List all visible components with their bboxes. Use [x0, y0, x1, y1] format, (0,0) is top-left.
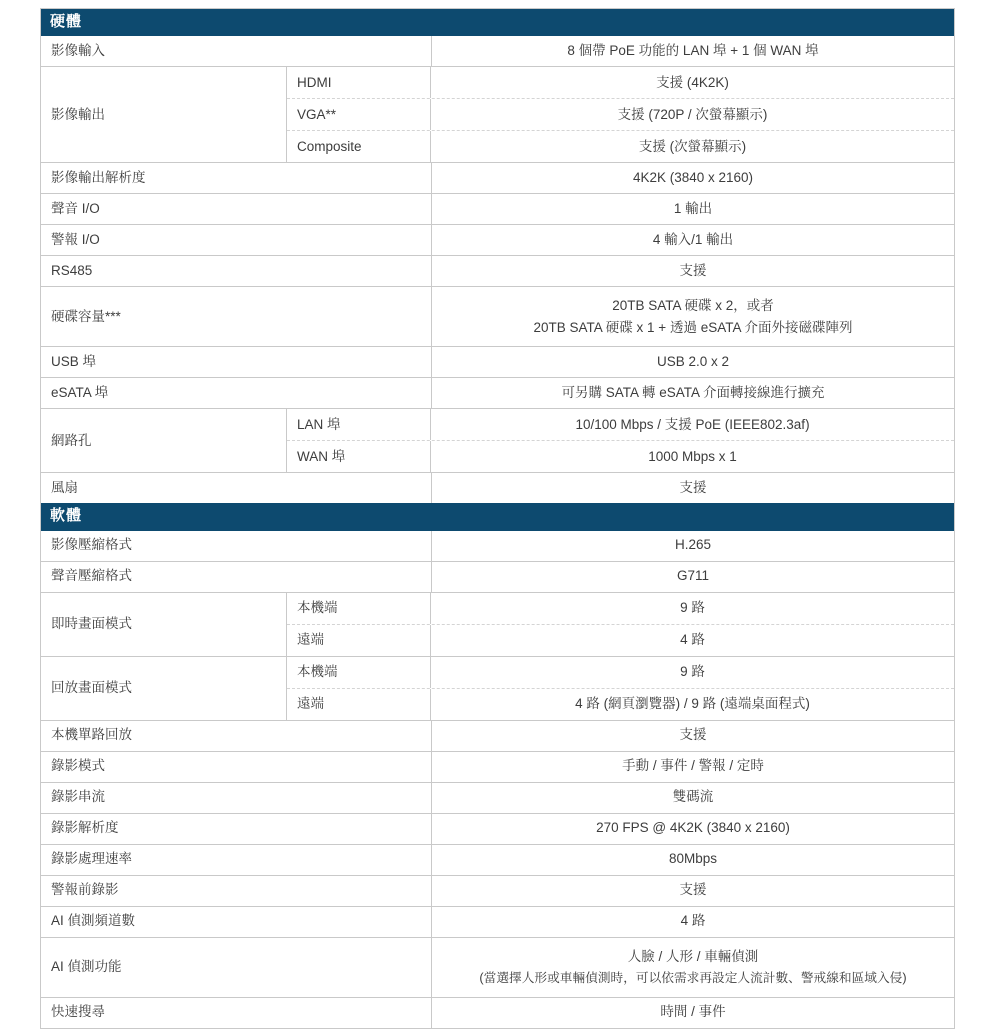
- spec-value-line: 20TB SATA 硬碟 x 2，或者: [440, 295, 946, 317]
- spec-label: 回放畫面模式: [41, 657, 287, 720]
- spec-row: 影像壓縮格式H.265: [41, 531, 954, 561]
- page: 硬體影像輸入8 個帶 PoE 功能的 LAN 埠 + 1 個 WAN 埠影像輸出…: [0, 0, 1000, 1000]
- spec-subrow: VGA**支援 (720P / 次螢幕顯示): [287, 98, 954, 130]
- spec-value: 80Mbps: [432, 845, 954, 875]
- spec-value: 支援: [432, 473, 954, 503]
- spec-table: 硬體影像輸入8 個帶 PoE 功能的 LAN 埠 + 1 個 WAN 埠影像輸出…: [40, 8, 955, 1029]
- spec-value-line: 人臉 / 人形 / 車輛偵測: [440, 946, 946, 968]
- spec-subrow: LAN 埠10/100 Mbps / 支援 PoE (IEEE802.3af): [287, 409, 954, 440]
- spec-subrow: Composite支援 (次螢幕顯示): [287, 130, 954, 162]
- spec-subrow: 遠端4 路: [287, 624, 954, 656]
- spec-subcolumn: LAN 埠10/100 Mbps / 支援 PoE (IEEE802.3af)W…: [287, 409, 954, 472]
- spec-row: 回放畫面模式本機端9 路遠端4 路 (網頁瀏覽器) / 9 路 (遠端桌面程式): [41, 656, 954, 720]
- spec-sub-label: 遠端: [287, 689, 431, 720]
- spec-value: 支援: [432, 256, 954, 286]
- spec-value: 4 路: [432, 907, 954, 937]
- spec-value: 8 個帶 PoE 功能的 LAN 埠 + 1 個 WAN 埠: [432, 36, 954, 66]
- spec-row: 錄影處理速率80Mbps: [41, 844, 954, 875]
- spec-value: 4 路: [431, 625, 954, 656]
- spec-subrow: 遠端4 路 (網頁瀏覽器) / 9 路 (遠端桌面程式): [287, 688, 954, 720]
- spec-sub-label: 本機端: [287, 593, 431, 624]
- spec-label: 硬碟容量***: [41, 287, 432, 346]
- spec-value: H.265: [432, 531, 954, 561]
- spec-label: USB 埠: [41, 347, 432, 377]
- spec-label: 影像輸出: [41, 67, 287, 162]
- spec-label: 錄影串流: [41, 783, 432, 813]
- spec-label: RS485: [41, 256, 432, 286]
- spec-label: 錄影解析度: [41, 814, 432, 844]
- spec-label: 即時畫面模式: [41, 593, 287, 656]
- spec-value: 支援 (次螢幕顯示): [431, 131, 954, 162]
- spec-value: 支援 (720P / 次螢幕顯示): [431, 99, 954, 130]
- spec-row: eSATA 埠可另購 SATA 轉 eSATA 介面轉接線進行擴充: [41, 377, 954, 408]
- spec-row: 警報 I/O4 輸入/1 輸出: [41, 224, 954, 255]
- spec-row: 錄影串流雙碼流: [41, 782, 954, 813]
- spec-label: AI 偵測功能: [41, 938, 432, 997]
- spec-row: AI 偵測頻道數4 路: [41, 906, 954, 937]
- spec-label: 本機單路回放: [41, 721, 432, 751]
- spec-label: 影像輸出解析度: [41, 163, 432, 193]
- spec-value: USB 2.0 x 2: [432, 347, 954, 377]
- spec-value: 4 輸入/1 輸出: [432, 225, 954, 255]
- spec-label: 網路孔: [41, 409, 287, 472]
- section-header: 軟體: [41, 503, 954, 530]
- spec-row: 影像輸出HDMI支援 (4K2K)VGA**支援 (720P / 次螢幕顯示)C…: [41, 66, 954, 162]
- spec-row: 聲音 I/O1 輸出: [41, 193, 954, 224]
- spec-value: 9 路: [431, 593, 954, 624]
- spec-subrow: HDMI支援 (4K2K): [287, 67, 954, 98]
- spec-subcolumn: 本機端9 路遠端4 路 (網頁瀏覽器) / 9 路 (遠端桌面程式): [287, 657, 954, 720]
- spec-label: 快速搜尋: [41, 998, 432, 1028]
- spec-value: 10/100 Mbps / 支援 PoE (IEEE802.3af): [431, 409, 954, 440]
- spec-sub-label: HDMI: [287, 67, 431, 98]
- spec-sub-label: Composite: [287, 131, 431, 162]
- spec-label: 影像壓縮格式: [41, 531, 432, 561]
- spec-row: 影像輸入8 個帶 PoE 功能的 LAN 埠 + 1 個 WAN 埠: [41, 36, 954, 66]
- spec-label: 風扇: [41, 473, 432, 503]
- spec-row: 本機單路回放支援: [41, 720, 954, 751]
- spec-row: 網路孔LAN 埠10/100 Mbps / 支援 PoE (IEEE802.3a…: [41, 408, 954, 472]
- spec-subcolumn: HDMI支援 (4K2K)VGA**支援 (720P / 次螢幕顯示)Compo…: [287, 67, 954, 162]
- spec-value: 時間 / 事件: [432, 998, 954, 1028]
- spec-label: eSATA 埠: [41, 378, 432, 408]
- section-header: 硬體: [41, 9, 954, 36]
- spec-sub-label: VGA**: [287, 99, 431, 130]
- spec-value: 手動 / 事件 / 警報 / 定時: [432, 752, 954, 782]
- spec-label: 錄影模式: [41, 752, 432, 782]
- spec-row: 錄影解析度270 FPS @ 4K2K (3840 x 2160): [41, 813, 954, 844]
- spec-value: 1000 Mbps x 1: [431, 441, 954, 472]
- spec-value: 20TB SATA 硬碟 x 2，或者20TB SATA 硬碟 x 1 + 透過…: [432, 287, 954, 346]
- spec-value: 支援: [432, 721, 954, 751]
- spec-label: 錄影處理速率: [41, 845, 432, 875]
- spec-value: 可另購 SATA 轉 eSATA 介面轉接線進行擴充: [432, 378, 954, 408]
- spec-subrow: WAN 埠1000 Mbps x 1: [287, 440, 954, 472]
- spec-value: G711: [432, 562, 954, 592]
- spec-value: 9 路: [431, 657, 954, 688]
- spec-row: 警報前錄影支援: [41, 875, 954, 906]
- spec-label: 警報 I/O: [41, 225, 432, 255]
- spec-row: AI 偵測功能人臉 / 人形 / 車輛偵測(當選擇人形或車輛偵測時，可以依需求再…: [41, 937, 954, 997]
- spec-sub-label: WAN 埠: [287, 441, 431, 472]
- spec-value: 1 輸出: [432, 194, 954, 224]
- spec-value: 270 FPS @ 4K2K (3840 x 2160): [432, 814, 954, 844]
- spec-value-line: 20TB SATA 硬碟 x 1 + 透過 eSATA 介面外接磁碟陣列: [440, 317, 946, 339]
- spec-value: 人臉 / 人形 / 車輛偵測(當選擇人形或車輛偵測時，可以依需求再設定人流計數、…: [432, 938, 954, 997]
- spec-value: 支援: [432, 876, 954, 906]
- spec-row: 風扇支援: [41, 472, 954, 503]
- spec-row: 硬碟容量***20TB SATA 硬碟 x 2，或者20TB SATA 硬碟 x…: [41, 286, 954, 346]
- spec-row: 聲音壓縮格式G711: [41, 561, 954, 592]
- spec-subrow: 本機端9 路: [287, 593, 954, 624]
- spec-row: 錄影模式手動 / 事件 / 警報 / 定時: [41, 751, 954, 782]
- spec-value: 4 路 (網頁瀏覽器) / 9 路 (遠端桌面程式): [431, 689, 954, 720]
- spec-sub-label: 本機端: [287, 657, 431, 688]
- spec-sub-label: 遠端: [287, 625, 431, 656]
- spec-sub-label: LAN 埠: [287, 409, 431, 440]
- spec-subcolumn: 本機端9 路遠端4 路: [287, 593, 954, 656]
- spec-row: 快速搜尋時間 / 事件: [41, 997, 954, 1028]
- spec-label: 聲音壓縮格式: [41, 562, 432, 592]
- spec-row: 影像輸出解析度4K2K (3840 x 2160): [41, 162, 954, 193]
- spec-label: 聲音 I/O: [41, 194, 432, 224]
- spec-value: 支援 (4K2K): [431, 67, 954, 98]
- spec-label: AI 偵測頻道數: [41, 907, 432, 937]
- spec-label: 影像輸入: [41, 36, 432, 66]
- spec-value: 4K2K (3840 x 2160): [432, 163, 954, 193]
- spec-subrow: 本機端9 路: [287, 657, 954, 688]
- spec-label: 警報前錄影: [41, 876, 432, 906]
- spec-row: 即時畫面模式本機端9 路遠端4 路: [41, 592, 954, 656]
- spec-value-note: (當選擇人形或車輛偵測時，可以依需求再設定人流計數、警戒線和區域入侵): [440, 968, 946, 988]
- spec-row: USB 埠USB 2.0 x 2: [41, 346, 954, 377]
- spec-value: 雙碼流: [432, 783, 954, 813]
- spec-row: RS485支援: [41, 255, 954, 286]
